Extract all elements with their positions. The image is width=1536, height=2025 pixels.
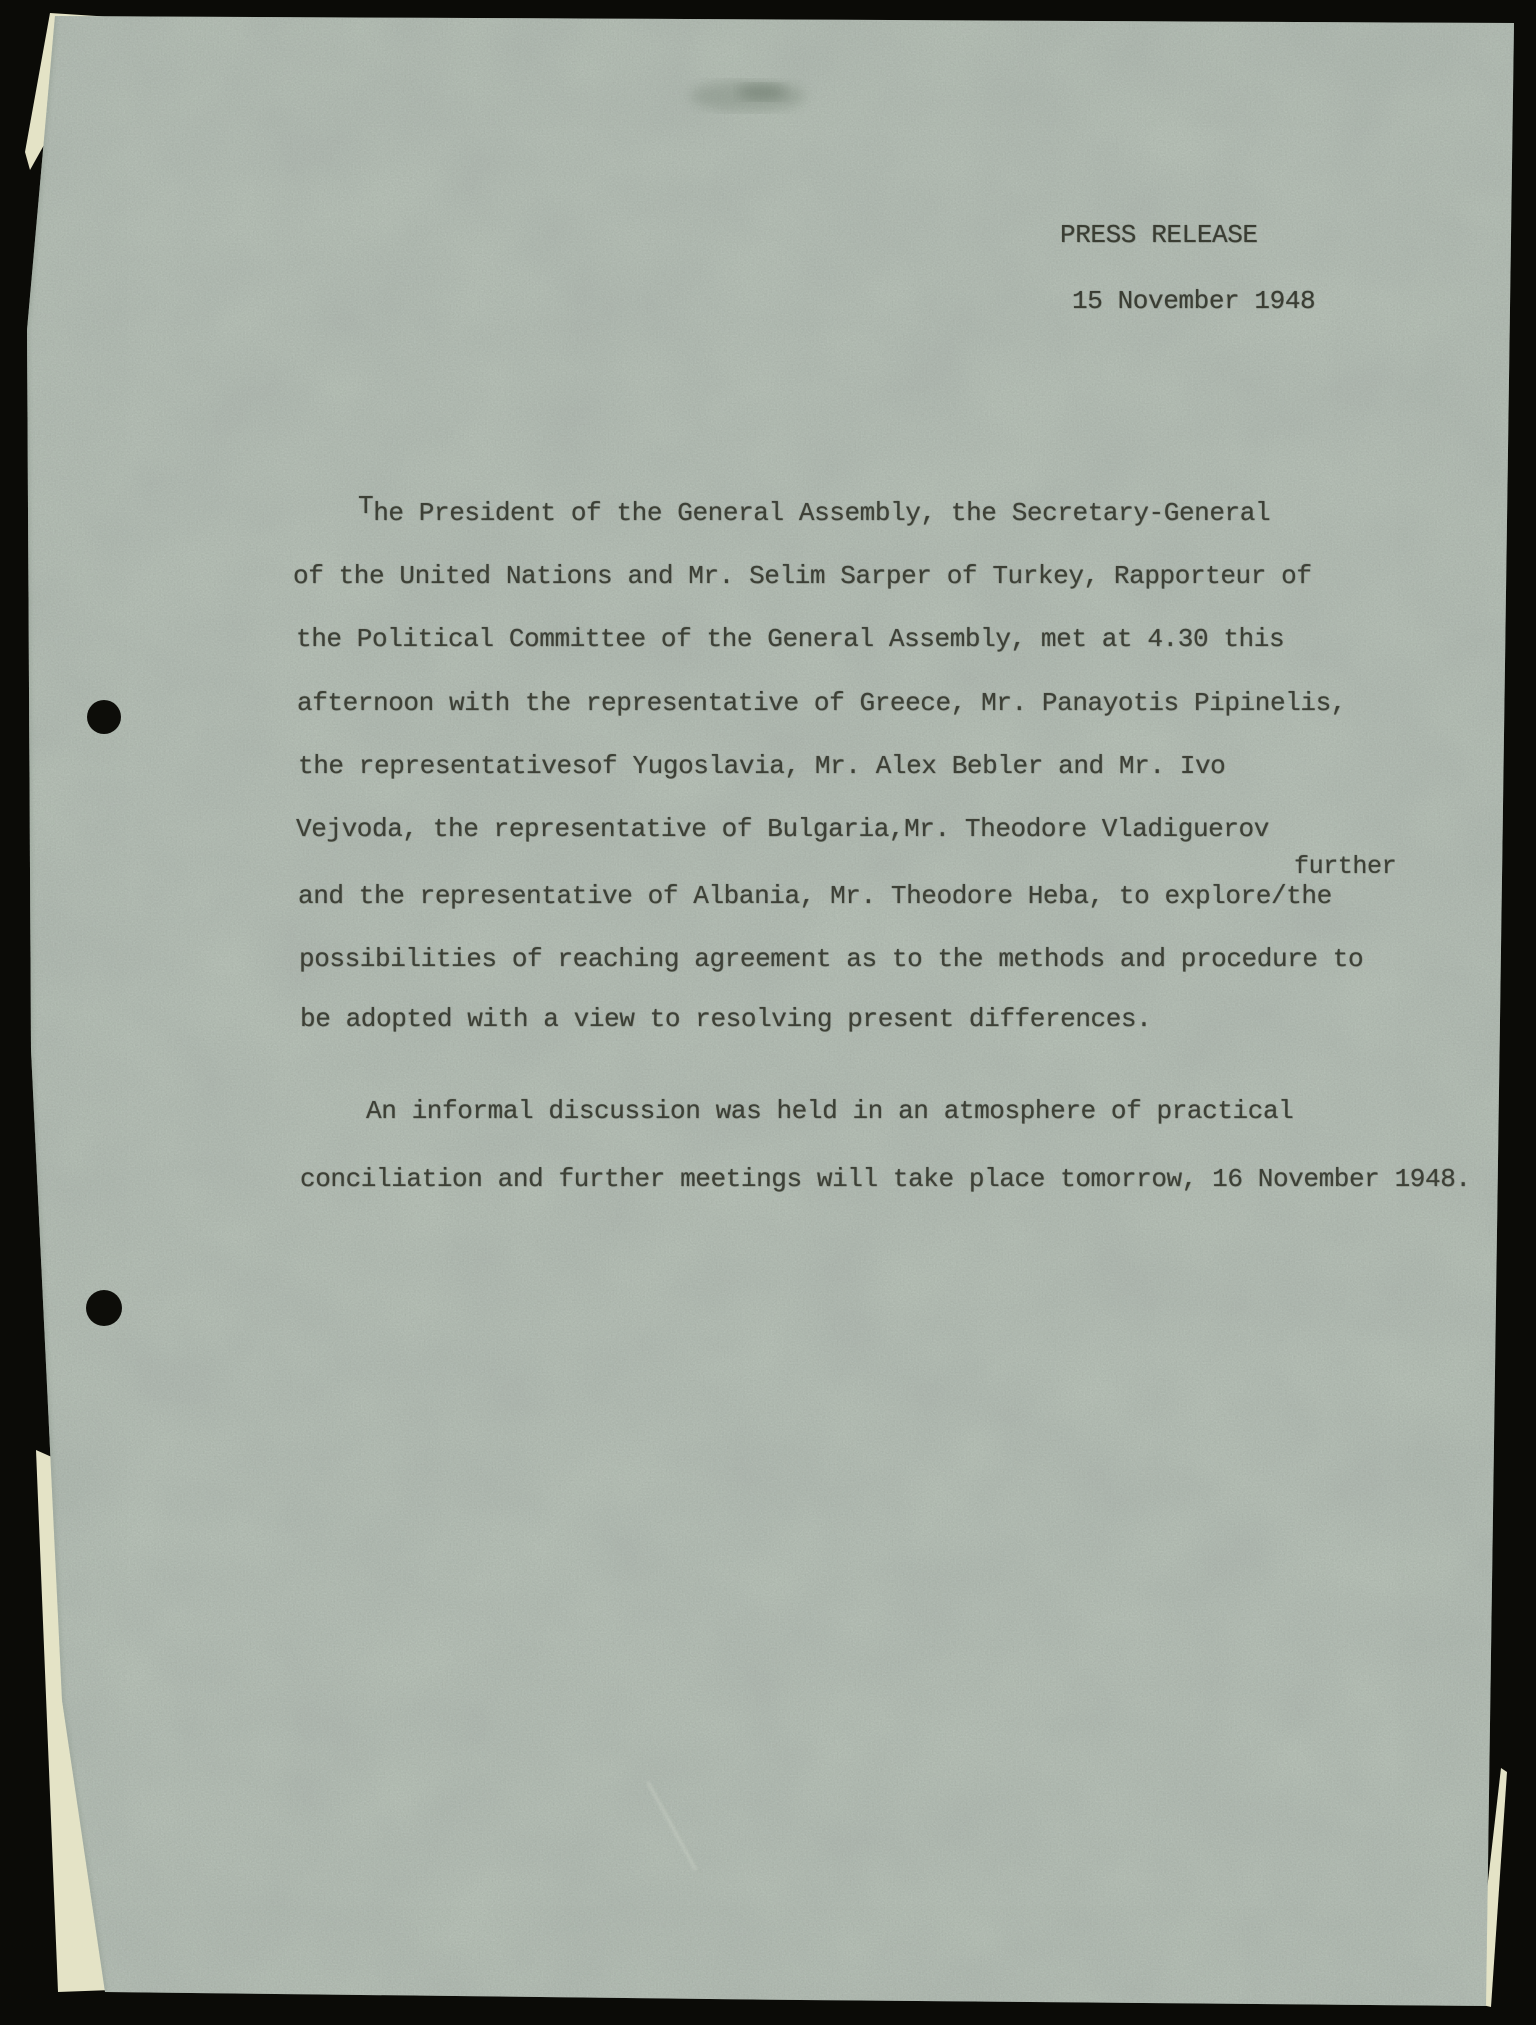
typed-line-2: of the United Nations and Mr. Selim Sarp… <box>293 561 1312 591</box>
typed-line-7: and the representative of Albania, Mr. T… <box>298 881 1332 911</box>
typed-line-5: the representativesof Yugoslavia, Mr. Al… <box>298 751 1225 781</box>
release-date: 15 November 1948 <box>1072 286 1315 316</box>
scanned-document-page: PRESS RELEASE 15 November 1948 The Presi… <box>0 0 1536 2025</box>
typed-line-6: Vejvoda, the representative of Bulgaria,… <box>296 814 1269 844</box>
press-release-title: PRESS RELEASE <box>1060 220 1258 250</box>
typed-line-10: An informal discussion was held in an at… <box>366 1096 1293 1126</box>
typed-line-3: the Political Committee of the General A… <box>296 624 1284 654</box>
typed-line-8: possibilities of reaching agreement as t… <box>299 944 1363 974</box>
typed-line-1-rest: he President of the General Assembly, th… <box>373 498 1270 528</box>
typed-text-layer: PRESS RELEASE 15 November 1948 The Presi… <box>0 0 1536 2025</box>
typed-line-9: be adopted with a view to resolving pres… <box>300 1004 1151 1034</box>
typed-line-4: afternoon with the representative of Gre… <box>297 688 1346 718</box>
inserted-word-further: further <box>1294 852 1396 882</box>
typed-line-1: The President of the General Assembly, t… <box>358 498 1270 528</box>
raised-initial-t: T <box>358 491 373 521</box>
typed-line-11: conciliation and further meetings will t… <box>300 1164 1471 1194</box>
